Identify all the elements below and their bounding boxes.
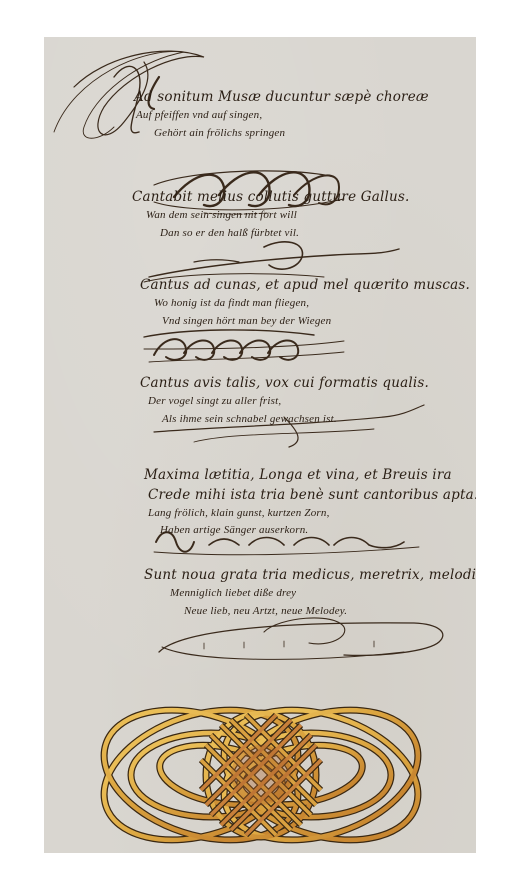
interlaced-knot-ornament [44, 37, 476, 853]
manuscript-page: Ad sonitum Musæ ducuntur sæpè choreæ Auf… [44, 37, 476, 853]
